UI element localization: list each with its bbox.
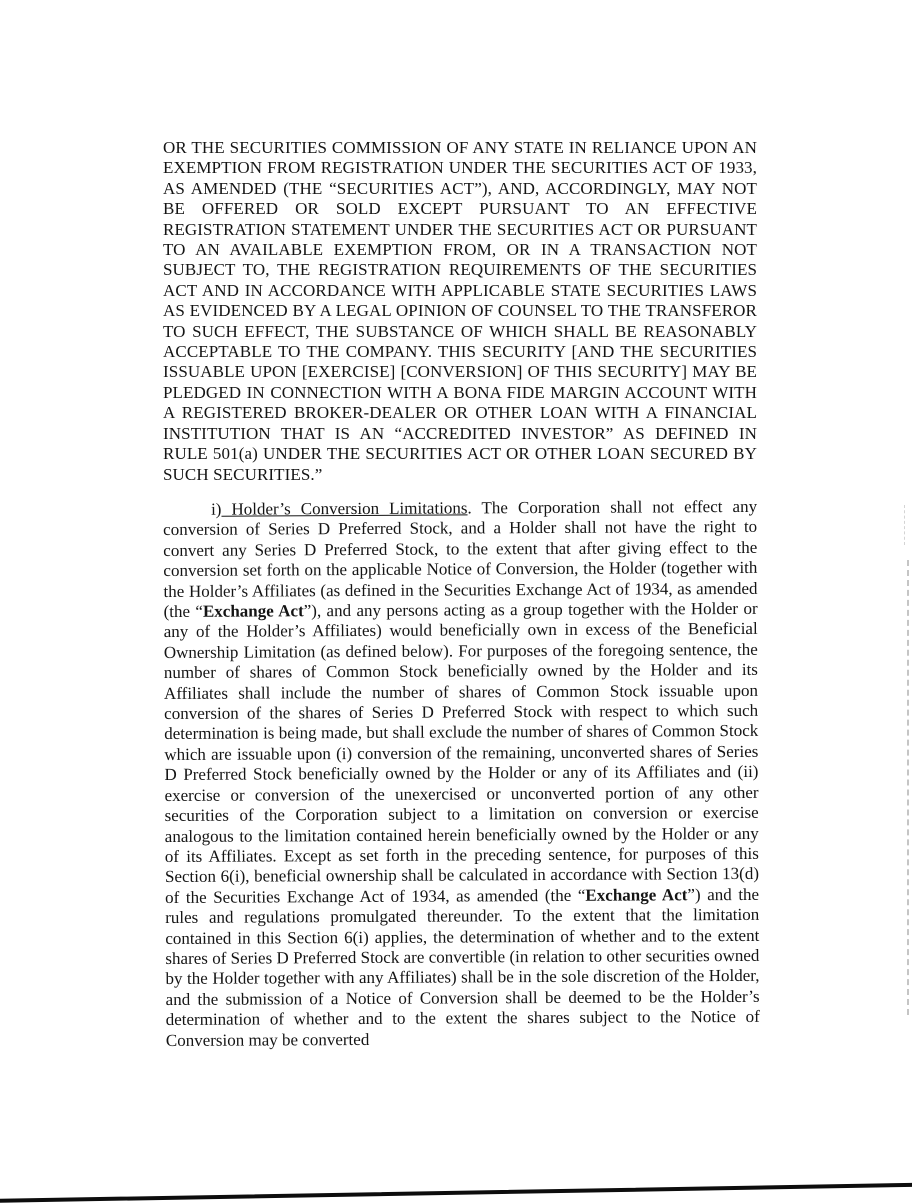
text-segment-plain: ”), and any persons acting as a group to… xyxy=(164,599,759,907)
scan-artifact-dashes xyxy=(904,505,907,545)
holders-conversion-limitations-paragraph: i) Holder’s Conversion Limitations. The … xyxy=(163,497,760,1051)
text-segment-bold: Exchange Act xyxy=(203,601,304,621)
text-segment-underline: Holder’s Conversion Limitations xyxy=(221,498,467,518)
scan-page-bottom-edge xyxy=(0,1183,912,1203)
text-segment-plain: i) xyxy=(211,500,221,519)
text-segment-plain: ”) and the rules and regulations promulg… xyxy=(165,885,760,1050)
document-text-block: OR THE SECURITIES COMMISSION OF ANY STAT… xyxy=(163,138,757,1051)
scan-artifact-line xyxy=(907,560,909,1015)
securities-legend-paragraph: OR THE SECURITIES COMMISSION OF ANY STAT… xyxy=(163,138,757,485)
scanned-document-page: OR THE SECURITIES COMMISSION OF ANY STAT… xyxy=(0,0,912,1204)
text-segment-bold: Exchange Act xyxy=(585,885,687,905)
